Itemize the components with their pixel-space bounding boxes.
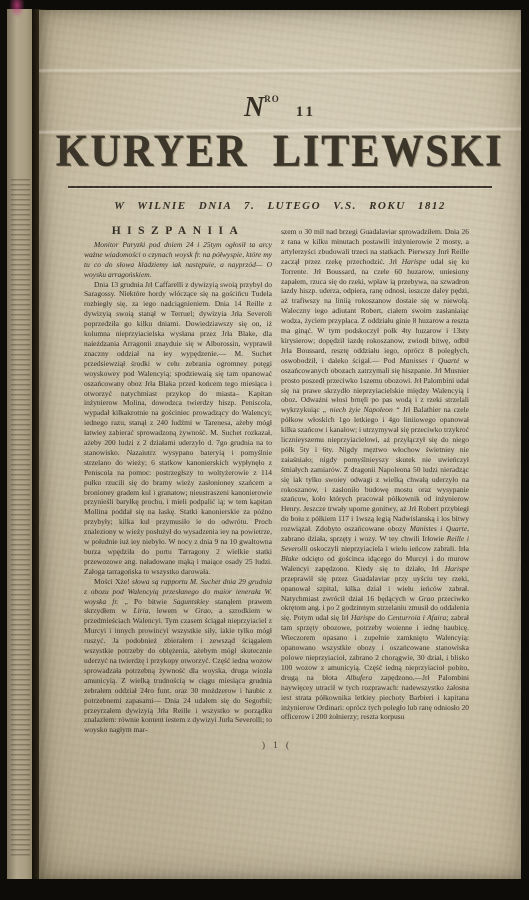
article-paragraph: Dnia 13 grudnia Jrł Caffarelli z dywizyi… bbox=[84, 280, 272, 577]
title-rule bbox=[68, 186, 492, 188]
section-heading: HISZPANIIA bbox=[84, 227, 272, 237]
issue-prefix: N bbox=[244, 92, 264, 123]
column-right: szem o 30 mil nad brzegi Guadalaviar spr… bbox=[281, 227, 469, 722]
issue-superscript: RO bbox=[264, 94, 280, 104]
scan-background: NRO11 KURYER LITEWSKI W WILNIE DNIA 7. L… bbox=[0, 0, 529, 900]
column-left-paragraphs: Monitor Paryzki pod dniem 24 i 25tym ogł… bbox=[84, 240, 272, 735]
adjacent-page-ghost-text bbox=[11, 179, 30, 859]
signature-mark: ) 1 ( bbox=[84, 740, 470, 750]
issue-number-line: NRO11 bbox=[39, 10, 521, 124]
column-right-paragraphs: szem o 30 mil nad brzegi Guadalaviar spr… bbox=[281, 227, 469, 722]
article-paragraph: Monitor Paryzki pod dniem 24 i 25tym ogł… bbox=[84, 240, 272, 280]
masthead-title: KURYER LITEWSKI bbox=[39, 126, 521, 178]
adjacent-page-edge bbox=[7, 9, 34, 879]
article-paragraph: szem o 30 mil nad brzegi Guadalaviar spr… bbox=[281, 227, 469, 722]
column-left: HISZPANIIA Monitor Paryzki pod dniem 24 … bbox=[84, 227, 272, 735]
dateline: W WILNIE DNIA 7. LUTEGO V.S. ROKU 1812 bbox=[39, 200, 521, 212]
article-body: HISZPANIIA Monitor Paryzki pod dniem 24 … bbox=[84, 227, 470, 735]
article-paragraph: Mości Xże! słowa są rapportu M. Suchet d… bbox=[84, 577, 272, 736]
red-stain bbox=[9, 0, 25, 18]
newspaper-page: NRO11 KURYER LITEWSKI W WILNIE DNIA 7. L… bbox=[39, 10, 521, 879]
issue-number: 11 bbox=[296, 104, 316, 120]
